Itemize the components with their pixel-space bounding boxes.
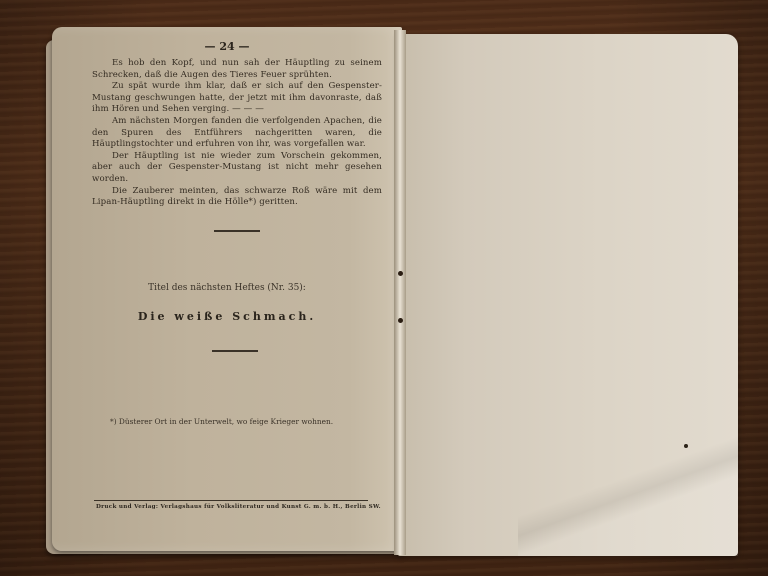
paragraph: Es hob den Kopf, und nun sah der Häuptli… bbox=[92, 58, 382, 81]
right-page-blank bbox=[398, 34, 738, 556]
title-divider bbox=[212, 350, 258, 352]
folded-corner-crease bbox=[518, 436, 738, 556]
paragraph: Der Häuptling ist nie wieder zum Vorsche… bbox=[92, 151, 382, 186]
footnote: *) Düsterer Ort in der Unterwelt, wo fei… bbox=[110, 417, 400, 426]
page-number: — 24 — bbox=[52, 40, 402, 53]
staple-top bbox=[398, 271, 403, 276]
imprint-rule bbox=[94, 500, 368, 501]
section-divider bbox=[214, 230, 260, 232]
next-issue-label: Titel des nächsten Heftes (Nr. 35): bbox=[52, 283, 402, 293]
paragraph: Zu spät wurde ihm klar, daß er sich auf … bbox=[92, 81, 382, 116]
story-text: Es hob den Kopf, und nun sah der Häuptli… bbox=[92, 58, 382, 209]
publisher-imprint: Druck und Verlag: Verlagshaus für Volksl… bbox=[96, 504, 366, 510]
paragraph: Die Zauberer meinten, das schwarze Roß w… bbox=[92, 186, 382, 209]
ink-spot bbox=[684, 444, 688, 448]
next-issue-title: Die weiße Schmach. bbox=[52, 310, 402, 323]
paragraph: Am nächsten Morgen fanden die verfolgend… bbox=[92, 116, 382, 151]
